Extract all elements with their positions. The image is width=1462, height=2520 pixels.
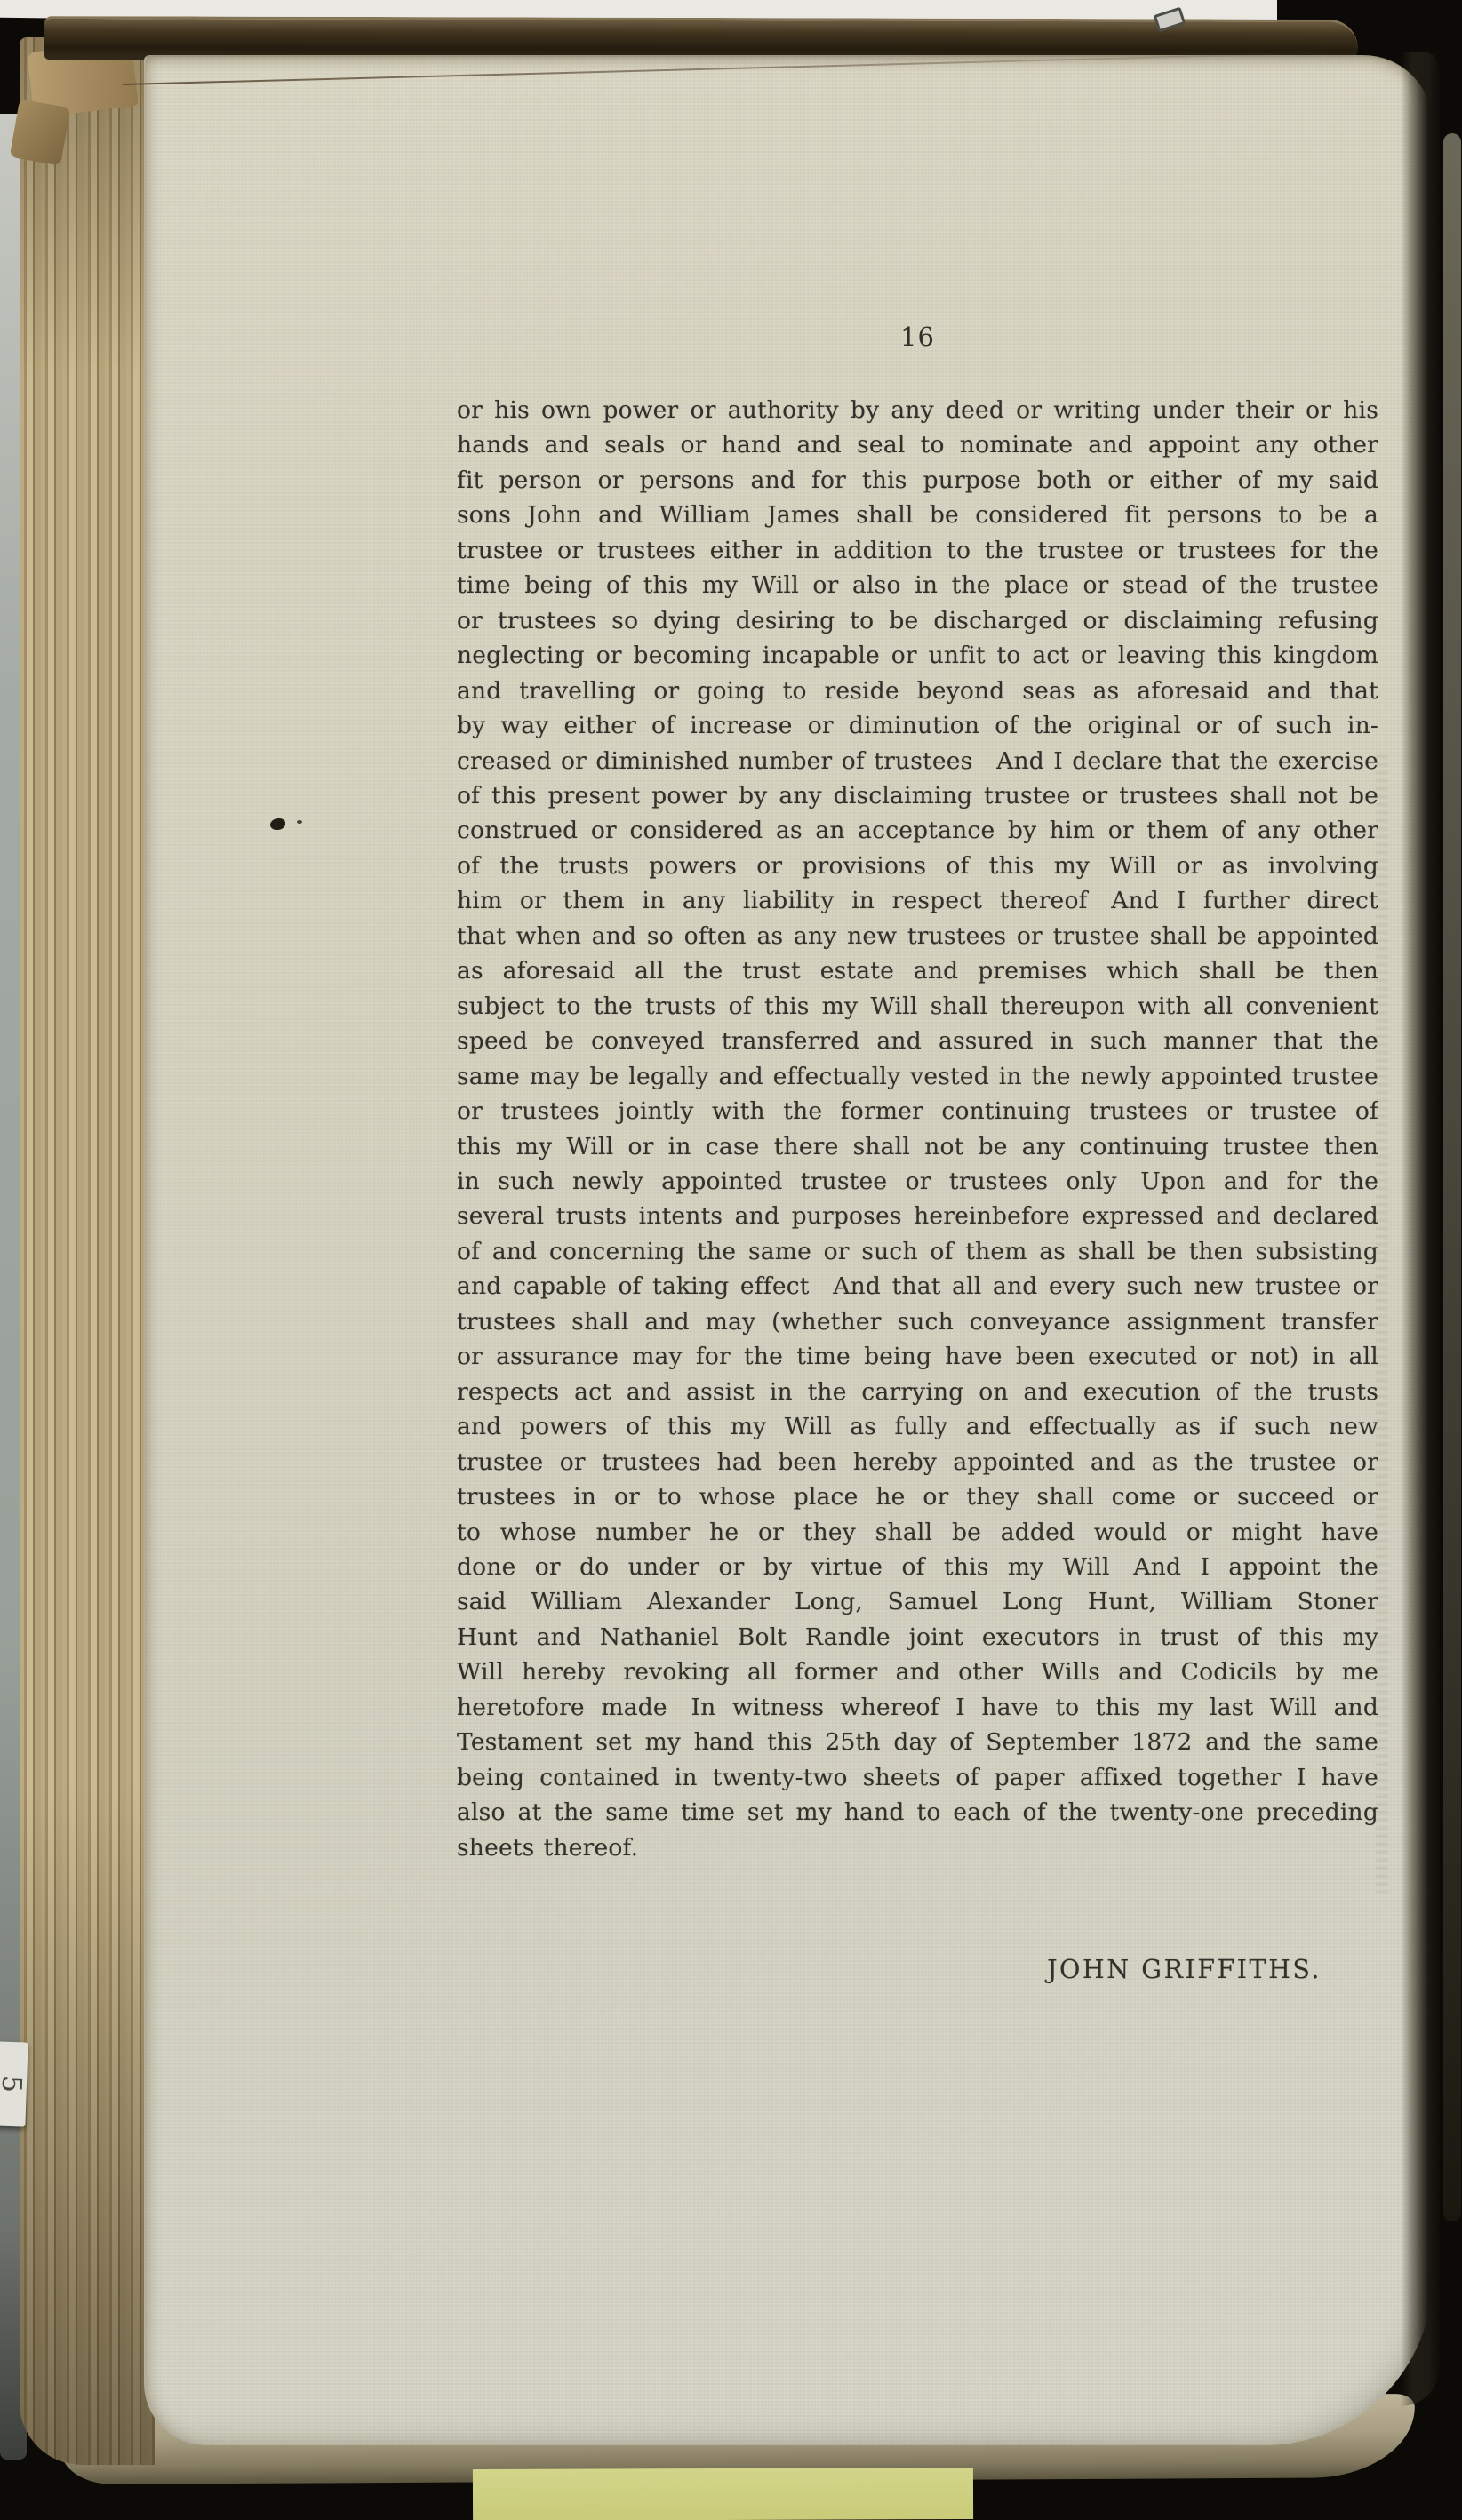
torn-paper-fragment [10, 99, 71, 165]
will-text-block: or his own power or authority by any dee… [457, 393, 1378, 1865]
yellow-paper-strip [473, 2468, 973, 2520]
text-line: Hunt and Nathaniel Bolt Randle joint exe… [457, 1620, 1378, 1655]
side-tab-label: 5 [0, 2075, 28, 2093]
book-page: 16 or his own power or authority by any … [144, 55, 1433, 2445]
text-line: that when and so often as any new truste… [457, 919, 1378, 953]
text-line: speed be conveyed transferred and assure… [457, 1024, 1378, 1058]
text-line: or trustees jointly with the former cont… [457, 1094, 1378, 1128]
text-line: by way either of increase or diminution … [457, 708, 1378, 743]
text-line: of and concerning the same or such of th… [457, 1234, 1378, 1269]
text-line: Will hereby revoking all former and othe… [457, 1655, 1378, 1689]
text-line: and capable of taking effect And that al… [457, 1269, 1378, 1304]
text-line: Testament set my hand this 25th day of S… [457, 1725, 1378, 1759]
text-line: also at the same time set my hand to eac… [457, 1795, 1378, 1830]
text-line: as aforesaid all the trust estate and pr… [457, 953, 1378, 988]
text-line: said William Alexander Long, Samuel Long… [457, 1584, 1378, 1619]
text-line: him or them in any liability in respect … [457, 883, 1378, 918]
page-number: 16 [457, 322, 1378, 352]
side-tab: 5 [0, 2041, 28, 2126]
text-line: to whose number he or they shall be adde… [457, 1515, 1378, 1550]
page-stack-edges [20, 37, 155, 2465]
text-line: sons John and William James shall be con… [457, 498, 1378, 532]
text-line: and travelling or going to reside beyond… [457, 674, 1378, 708]
ink-blot [270, 818, 285, 830]
text-line: hands and seals or hand and seal to nomi… [457, 427, 1378, 462]
text-line: done or do under or by virtue of this my… [457, 1550, 1378, 1584]
text-line: or his own power or authority by any dee… [457, 393, 1378, 427]
text-line: trustees shall and may (whether such con… [457, 1304, 1378, 1339]
text-line: fit person or persons and for this purpo… [457, 463, 1378, 498]
text-line: heretofore made In witness whereof I hav… [457, 1690, 1378, 1725]
signature: JOHN GRIFFITHS. [457, 1955, 1378, 1984]
text-line: of this present power by any disclaiming… [457, 778, 1378, 813]
text-line: being contained in twenty-two sheets of … [457, 1760, 1378, 1795]
text-line: construed or considered as an acceptance… [457, 813, 1378, 848]
text-line: same may be legally and effectually vest… [457, 1059, 1378, 1094]
text-line: several trusts intents and purposes here… [457, 1199, 1378, 1233]
text-line: neglecting or becoming incapable or unfi… [457, 638, 1378, 673]
text-line: subject to the trusts of this my Will sh… [457, 989, 1378, 1024]
text-line: and powers of this my Will as fully and … [457, 1409, 1378, 1444]
scanned-book-photo: 16 or his own power or authority by any … [0, 0, 1462, 2520]
text-line: trustee or trustees had been hereby appo… [457, 1445, 1378, 1479]
text-line: respects act and assist in the carrying … [457, 1375, 1378, 1409]
text-line: this my Will or in case there shall not … [457, 1129, 1378, 1164]
text-line: time being of this my Will or also in th… [457, 568, 1378, 602]
text-line: of the trusts powers or provisions of th… [457, 849, 1378, 883]
text-line: or trustees so dying desiring to be disc… [457, 603, 1378, 638]
page-right-edge-shadow [1401, 52, 1440, 2406]
text-line: in such newly appointed trustee or trust… [457, 1164, 1378, 1199]
text-line: or assurance may for the time being have… [457, 1339, 1378, 1374]
text-line: trustee or trustees either in addition t… [457, 533, 1378, 568]
text-line: sheets thereof. [457, 1830, 1378, 1865]
show-through-text [1376, 755, 1388, 1893]
book-fore-edge [1443, 133, 1461, 2221]
text-line: trustees in or to whose place he or they… [457, 1479, 1378, 1514]
text-line: creased or diminished number of trustees… [457, 744, 1378, 778]
